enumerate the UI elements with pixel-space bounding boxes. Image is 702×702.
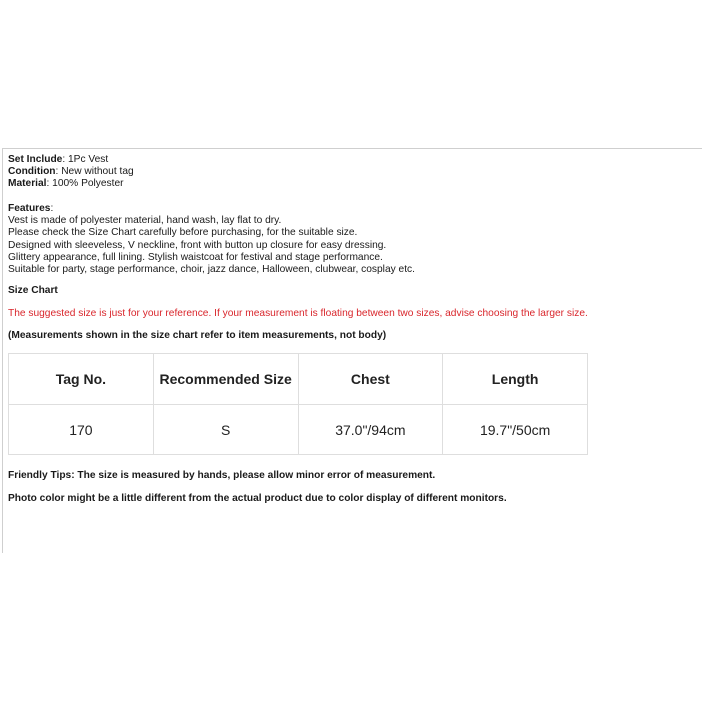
features-section: Features: Vest is made of polyester mate…: [8, 203, 415, 276]
cell-tag-no: 170: [9, 405, 154, 455]
table-row: 170 S 37.0"/94cm 19.7"/50cm: [9, 405, 588, 455]
feature-line: Vest is made of polyester material, hand…: [8, 215, 415, 227]
spec-label: Material: [8, 178, 47, 189]
table-header-row: Tag No. Recommended Size Chest Length: [9, 354, 588, 405]
spec-material: Material: 100% Polyester: [8, 178, 134, 190]
spec-label: Set Include: [8, 154, 62, 165]
header-length: Length: [443, 354, 588, 405]
spec-value: : 1Pc Vest: [62, 154, 108, 165]
cell-recommended-size: S: [153, 405, 298, 455]
feature-line: Glittery appearance, full lining. Stylis…: [8, 252, 415, 264]
size-reference-note: The suggested size is just for your refe…: [8, 308, 588, 319]
measurement-note: (Measurements shown in the size chart re…: [8, 330, 386, 341]
features-heading: Features:: [8, 203, 415, 215]
cell-length: 19.7"/50cm: [443, 405, 588, 455]
spec-set-include: Set Include: 1Pc Vest: [8, 154, 134, 166]
size-chart-title: Size Chart: [8, 285, 58, 296]
feature-line: Please check the Size Chart carefully be…: [8, 227, 415, 239]
spec-list: Set Include: 1Pc Vest Condition: New wit…: [8, 154, 134, 191]
features-heading-label: Features: [8, 203, 50, 214]
feature-line: Designed with sleeveless, V neckline, fr…: [8, 240, 415, 252]
cell-chest: 37.0"/94cm: [298, 405, 443, 455]
size-chart-table: Tag No. Recommended Size Chest Length 17…: [8, 353, 588, 455]
friendly-tip: Friendly Tips: The size is measured by h…: [8, 470, 435, 481]
spec-condition: Condition: New without tag: [8, 166, 134, 178]
features-heading-colon: :: [50, 203, 53, 214]
spec-value: : New without tag: [56, 166, 134, 177]
spec-value: : 100% Polyester: [47, 178, 124, 189]
spec-label: Condition: [8, 166, 56, 177]
photo-color-tip: Photo color might be a little different …: [8, 493, 507, 504]
header-chest: Chest: [298, 354, 443, 405]
header-tag-no: Tag No.: [9, 354, 154, 405]
feature-line: Suitable for party, stage performance, c…: [8, 264, 415, 276]
header-recommended-size: Recommended Size: [153, 354, 298, 405]
